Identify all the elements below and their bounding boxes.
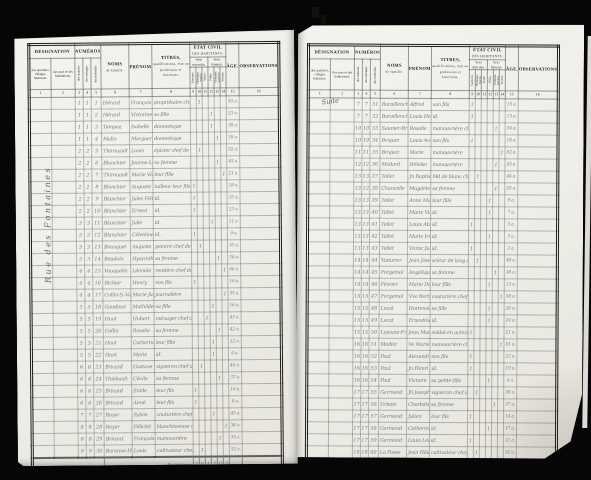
titre-cell: vigneron chef de ménage — [430, 386, 468, 398]
observations-cell — [239, 107, 279, 119]
designation-cell — [54, 421, 78, 433]
individu-number: 60 — [368, 446, 378, 459]
titre-cell: soldat en activité — [430, 326, 468, 338]
nom-cell: Paul — [379, 374, 407, 386]
nom-cell: Gaudinot — [103, 301, 131, 313]
nom-cell: Forgemol — [379, 266, 407, 278]
age-cell: 58 a. — [504, 291, 517, 303]
observations-cell — [518, 147, 558, 159]
nom-cell: Hérard — [101, 97, 129, 109]
designation-cell — [308, 98, 330, 110]
designation-cell — [31, 277, 53, 289]
prenom-cell: Jules Félicien — [130, 193, 153, 205]
maison-number: 13 — [354, 170, 362, 182]
individu-number: 44 — [369, 254, 379, 266]
designation-cell — [51, 133, 75, 145]
age-cell: 52 a. — [229, 444, 242, 457]
nom-cell: Blanchier — [102, 205, 130, 217]
titre-cell: id. — [153, 228, 191, 240]
menage-number: 11 — [362, 146, 370, 158]
maison-number: 2 — [76, 205, 84, 217]
menage-number: 15 — [361, 314, 369, 326]
designation-cell — [329, 266, 353, 278]
designation-cell — [31, 265, 53, 277]
designation-cell — [307, 338, 329, 350]
designation-cell — [29, 97, 51, 109]
designation-cell — [330, 122, 354, 134]
designation-cell — [52, 145, 76, 157]
header-observations: OBSERVATIONS. — [518, 46, 558, 91]
designation-cell — [307, 350, 329, 362]
nom-cell: Paul — [379, 362, 407, 374]
menage-number: 16 — [361, 338, 369, 350]
maison-number: 4 — [77, 289, 85, 301]
titre-cell: sa femme — [155, 372, 193, 384]
left-page: Rue des Fontaines DÉSIGNATION NUMÉROS NO… — [14, 30, 298, 466]
header-sexe-masculin: Sexe masculin. — [469, 60, 487, 70]
age-cell: 52 a. — [227, 144, 240, 156]
menage-number: 17 — [361, 410, 369, 422]
menage-number: 10 — [362, 134, 370, 146]
menage-number: 9 — [86, 445, 94, 458]
nom-cell: Germond — [379, 410, 407, 422]
titre-cell: id. — [154, 348, 192, 360]
observations-cell — [240, 203, 280, 215]
total-veuves: 3 — [223, 456, 229, 472]
observations-cell — [517, 291, 557, 303]
designation-cell — [308, 170, 330, 182]
observations-cell — [517, 279, 557, 291]
age-cell: 22 a. — [504, 351, 517, 363]
titre-cell: leur fils — [430, 410, 468, 422]
observations-cell — [240, 167, 280, 179]
titre-cell: ménager chef de ménage — [154, 312, 192, 324]
age-cell: 9 a. — [227, 228, 240, 240]
titre-cell: leur fils — [155, 396, 193, 408]
nom-cell: Tallet — [380, 206, 408, 218]
observations-cell — [516, 447, 556, 460]
titre-cell: id. — [431, 218, 469, 230]
individu-number: 38 — [370, 182, 380, 194]
titre-cell: id. — [153, 204, 191, 216]
observations-cell — [240, 155, 280, 167]
menage-number: 3 — [84, 229, 92, 241]
age-cell: 13 a. — [504, 279, 517, 291]
titre-cell: leur fille — [431, 194, 469, 206]
observations-cell — [517, 387, 557, 399]
individu-number: 23 — [93, 361, 103, 373]
header-numeros-individus: des individus — [91, 58, 101, 89]
titre-cell: épicier chef de ménage — [153, 144, 191, 156]
titre-cell: sa femme — [430, 398, 468, 410]
header-numeros-maisons: des maisons — [75, 58, 83, 89]
individu-number: 59 — [368, 434, 378, 446]
maison-number: 13 — [354, 218, 362, 230]
maison-number: 5 — [77, 337, 85, 349]
age-cell: 9 a. — [505, 195, 518, 207]
age-cell: 7 a. — [505, 207, 518, 219]
observations-cell — [241, 323, 281, 335]
age-cell: 60 a. — [228, 264, 241, 276]
prenom-cell: Henry — [131, 277, 154, 289]
nom-cell: Voiturier — [379, 254, 407, 266]
designation-cell — [30, 229, 52, 241]
designation-cell — [328, 422, 352, 434]
titre-cell: sa femme — [153, 156, 191, 168]
maison-number: 2 — [76, 181, 84, 193]
observations-cell — [241, 251, 281, 263]
individu-number: 30 — [94, 445, 104, 458]
prenom-cell: Hyacinthe — [131, 253, 154, 265]
observations-cell — [242, 443, 282, 456]
header-observations: OBSERVATIONS. — [239, 42, 279, 87]
menage-number: 4 — [85, 289, 93, 301]
prenom-cell: Auguste — [130, 241, 153, 253]
designation-cell — [307, 290, 329, 302]
total-garcons: 10 — [467, 459, 473, 475]
designation-cell — [330, 98, 354, 110]
nom-cell: Blanchier — [102, 181, 130, 193]
designation-cell — [31, 253, 53, 265]
titre-cell: leur fille — [430, 278, 468, 290]
nom-cell: Germond — [378, 434, 406, 446]
age-cell: 13 a. — [227, 204, 240, 216]
individu-number: 45 — [369, 266, 379, 278]
individu-number: 51 — [369, 338, 379, 350]
prenom-cell: Isabelle — [129, 121, 152, 133]
designation-cell — [53, 325, 77, 337]
total-femmes-mariees: 5 — [491, 459, 497, 475]
designation-cell — [330, 182, 354, 194]
observations-cell — [517, 411, 557, 423]
menage-number: 8 — [86, 421, 94, 433]
individu-number: 55 — [369, 386, 379, 398]
menage-number: 2 — [84, 205, 92, 217]
maison-number: 16 — [353, 374, 361, 386]
designation-cell — [52, 169, 76, 181]
designation-cell — [329, 410, 353, 422]
menage-number: 17 — [361, 422, 369, 434]
designation-cell — [329, 386, 353, 398]
age-cell: 12 a. — [228, 336, 241, 348]
prenom-cell: Marguerite — [130, 133, 153, 145]
maison-number: 6 — [78, 361, 86, 373]
observations-cell — [242, 431, 282, 443]
age-cell: 38 a. — [504, 267, 517, 279]
header-age: ÂGE. — [505, 46, 518, 91]
maison-number: 2 — [76, 169, 84, 181]
titre-cell: Md de blanc chef de ménage — [431, 170, 469, 182]
designation-cell — [329, 374, 353, 386]
observations-cell — [517, 303, 557, 315]
totals-row: Total de la page 7 6 1 7 6 3 — [32, 456, 282, 474]
prenom-cell: Héloïse — [408, 158, 431, 170]
designation-cell — [306, 434, 328, 446]
designation-cell — [30, 145, 52, 157]
observations-cell — [517, 339, 557, 351]
designation-cell — [52, 193, 76, 205]
age-cell: 50 a. — [226, 96, 239, 108]
designation-cell — [32, 433, 54, 445]
header-hommes-maries: Hommes mariés — [196, 67, 202, 88]
prenom-cell: Alexandre — [407, 350, 430, 362]
header-numeros-menages: des ménages — [83, 58, 91, 89]
maison-number: 2 — [76, 145, 84, 157]
individu-number: 36 — [370, 158, 380, 170]
designation-cell — [32, 445, 54, 458]
designation-cell — [330, 170, 354, 182]
individu-number: 22 — [93, 349, 103, 361]
maison-number: 14 — [353, 278, 361, 290]
age-cell: 55 a. — [228, 288, 241, 300]
prenom-cell: Emile — [132, 385, 155, 397]
prenom-cell: Aimé — [132, 397, 155, 409]
maison-number: 5 — [77, 325, 85, 337]
designation-cell — [31, 325, 53, 337]
age-cell: 15 a. — [227, 192, 240, 204]
nom-cell: Tempez — [101, 121, 129, 133]
individu-number: 58 — [369, 422, 379, 434]
designation-cell — [52, 241, 76, 253]
designation-cell — [307, 362, 329, 374]
prenom-cell: Charlotte — [407, 398, 430, 410]
prenom-cell: Julien — [407, 410, 430, 422]
individu-number: 41 — [370, 218, 380, 230]
header-titres: TITRES,qualifications, état ou professio… — [152, 43, 190, 88]
observations-cell — [241, 263, 281, 275]
designation-cell — [31, 361, 53, 373]
designation-cell — [329, 242, 353, 254]
observations-cell — [518, 135, 558, 147]
age-cell: 8 a. — [229, 396, 242, 408]
nom-cell: Blanchier — [102, 157, 130, 169]
observations-cell — [517, 243, 557, 255]
age-cell: 13 a. — [505, 111, 518, 123]
table-header: DÉSIGNATION NUMÉROS NOMSde famille. PRÉN… — [308, 45, 558, 99]
observations-cell — [242, 419, 282, 431]
total-filles: 8 — [485, 459, 491, 475]
maison-number: 7 — [354, 98, 362, 110]
maison-number: 16 — [353, 338, 361, 350]
prenom-cell: Marie Désirée — [407, 278, 430, 290]
prenom-cell: Alfred — [408, 98, 431, 110]
nom-cell: Briquet — [380, 134, 408, 146]
table-header: DÉSIGNATION NUMÉROS NOMSde famille. PRÉN… — [29, 42, 279, 97]
age-cell: 14 a. — [504, 411, 517, 423]
designation-cell — [329, 326, 353, 338]
menage-number: 1 — [83, 97, 91, 109]
prenom-cell: Marie Victorine — [130, 169, 153, 181]
total-label: Total de la page — [378, 459, 467, 475]
titre-cell: manouvrière chef de ménage — [431, 122, 469, 134]
prenom-cell: Jh Joseph — [407, 386, 430, 398]
individu-number: 4 — [92, 133, 102, 145]
individu-number: 27 — [94, 409, 104, 421]
maison-number: 1 — [76, 133, 84, 145]
header-numeros-menages: des ménages — [362, 59, 370, 90]
maison-number: 14 — [353, 254, 361, 266]
header-prenoms: PRÉNOMS. — [129, 44, 152, 89]
observations-cell — [518, 171, 558, 183]
total-veufs — [479, 459, 485, 475]
menage-number: 16 — [361, 350, 369, 362]
menage-number: 3 — [84, 241, 92, 253]
prenom-cell: Marie — [408, 146, 431, 158]
menage-number: 8 — [86, 433, 94, 445]
prenom-cell: Léonide — [131, 265, 154, 277]
menage-number: 10 — [362, 122, 370, 134]
total-hommes-maries: 4 — [473, 459, 479, 475]
scan-artifact — [312, 7, 319, 18]
observations-cell — [518, 99, 558, 111]
titre-cell: id. — [430, 242, 468, 254]
designation-cell — [330, 110, 354, 122]
designation-cell — [330, 146, 354, 158]
designation-cell — [53, 361, 77, 373]
titre-cell: sa femme — [154, 252, 192, 264]
designation-cell — [53, 337, 77, 349]
maison-number: 17 — [352, 434, 360, 446]
menage-number: 2 — [84, 193, 92, 205]
observations-cell — [241, 287, 281, 299]
designation-cell — [52, 181, 76, 193]
menage-number: 7 — [86, 409, 94, 421]
designation-cell — [307, 410, 329, 422]
observations-cell — [518, 207, 558, 219]
observations-cell — [518, 195, 558, 207]
titre-cell: journalière — [154, 288, 192, 300]
titre-cell: id. — [429, 434, 467, 446]
prenom-cell: Ernest — [130, 205, 153, 217]
designation-cell — [30, 157, 52, 169]
menage-number: 12 — [362, 158, 370, 170]
prenom-cell: Mathilde — [131, 301, 154, 313]
menage-number: 4 — [85, 265, 93, 277]
scan-artifact — [321, 15, 326, 24]
menage-number: 6 — [86, 397, 94, 409]
designation-cell — [29, 109, 51, 121]
header-numeros: NUMÉROS — [354, 45, 380, 59]
maison-number: 14 — [353, 266, 361, 278]
age-cell: 5 a. — [505, 219, 518, 231]
prenom-cell: Gustave — [131, 361, 154, 373]
age-cell: 21 a. — [227, 168, 240, 180]
designation-cell — [29, 133, 51, 145]
observations-cell — [241, 311, 281, 323]
nom-cell: Lecat — [379, 314, 407, 326]
scanned-census-register: { "document": { "kind": "Registre de rec… — [0, 0, 591, 480]
designation-cell — [30, 205, 52, 217]
observations-cell — [242, 395, 282, 407]
individu-number: 10 — [92, 205, 102, 217]
titre-cell: scieur de long chef de ménage — [430, 254, 468, 266]
designation-cell — [308, 134, 330, 146]
maison-number: 7 — [78, 409, 86, 421]
menage-number: 4 — [85, 277, 93, 289]
designation-cell — [307, 230, 329, 242]
observations-cell — [518, 219, 558, 231]
prenom-cell: Jn Baptiste — [408, 170, 431, 182]
titre-cell: sa femme — [431, 182, 469, 194]
designation-cell — [30, 241, 52, 253]
nom-cell: Bousquet — [102, 241, 130, 253]
nom-cell: Huot — [103, 337, 131, 349]
designation-cell — [29, 121, 51, 133]
designation-cell — [31, 313, 53, 325]
maison-number: 10 — [354, 134, 362, 146]
titre-cell: son fils — [430, 350, 468, 362]
header-femmes-mariees: Femmes mariées — [493, 70, 499, 91]
individu-number: 6 — [92, 157, 102, 169]
observations-cell — [241, 347, 281, 359]
census-table-left: DÉSIGNATION NUMÉROS NOMSde famille. PRÉN… — [27, 41, 284, 475]
designation-cell — [330, 194, 354, 206]
designation-cell — [307, 266, 329, 278]
maison-number: 8 — [78, 433, 86, 445]
nom-cell: Germond — [379, 422, 407, 434]
individu-number: 28 — [94, 421, 104, 433]
menage-number: 16 — [361, 362, 369, 374]
observations-cell — [241, 275, 281, 287]
designation-cell — [54, 373, 78, 385]
maison-number: 7 — [354, 110, 362, 122]
header-veuves: Veuves — [499, 70, 505, 91]
menage-number: 13 — [362, 218, 370, 230]
titre-cell: blanchisseuse chef de ménage — [155, 420, 193, 432]
census-row: 181860La FosseJean Hilairecultivateur ch… — [306, 446, 556, 460]
menage-number: 6 — [86, 373, 94, 385]
designation-cell — [52, 217, 76, 229]
observations-cell — [517, 399, 557, 411]
titre-cell: id. — [431, 230, 469, 242]
menage-number: 13 — [362, 230, 370, 242]
designation-cell — [31, 337, 53, 349]
prenom-cell: Louis — [132, 445, 155, 458]
age-cell: 43 a. — [505, 159, 518, 171]
designation-cell — [329, 398, 353, 410]
header-designation-sub1: des quartiers, villages, hameaux. — [29, 58, 51, 89]
observations-cell — [241, 359, 281, 371]
individu-number: 46 — [369, 278, 379, 290]
designation-cell — [32, 397, 54, 409]
menage-number: 6 — [86, 385, 94, 397]
maison-number: 16 — [353, 350, 361, 362]
maison-number: 4 — [77, 265, 85, 277]
individu-number: 14 — [93, 253, 103, 265]
nom-cell: Tallet — [380, 194, 408, 206]
designation-cell — [51, 121, 75, 133]
maison-number: 11 — [354, 146, 362, 158]
prenom-cell: Victor Jules — [407, 242, 430, 254]
observations-cell — [240, 215, 280, 227]
header-femmes-mariees: Femmes mariées — [214, 67, 220, 88]
prenom-cell: Jeanne Louise — [130, 157, 153, 169]
individu-number: 53 — [369, 362, 379, 374]
nom-cell: Baraillencher — [380, 98, 408, 110]
designation-cell — [30, 217, 52, 229]
observations-cell — [242, 407, 282, 419]
titre-cell: manouvrière chef de ménage — [430, 338, 468, 350]
maison-number: 1 — [75, 121, 83, 133]
menage-number: 17 — [360, 434, 368, 446]
nom-cell: Briquet — [380, 146, 408, 158]
titre-cell: leur fille — [154, 336, 192, 348]
observations-cell — [517, 423, 557, 435]
prenom-cell: Magdeleine — [408, 182, 431, 194]
age-cell: 35 a. — [229, 432, 242, 444]
titre-cell: id. — [153, 216, 191, 228]
prenom-cell: Ernestine — [407, 314, 430, 326]
